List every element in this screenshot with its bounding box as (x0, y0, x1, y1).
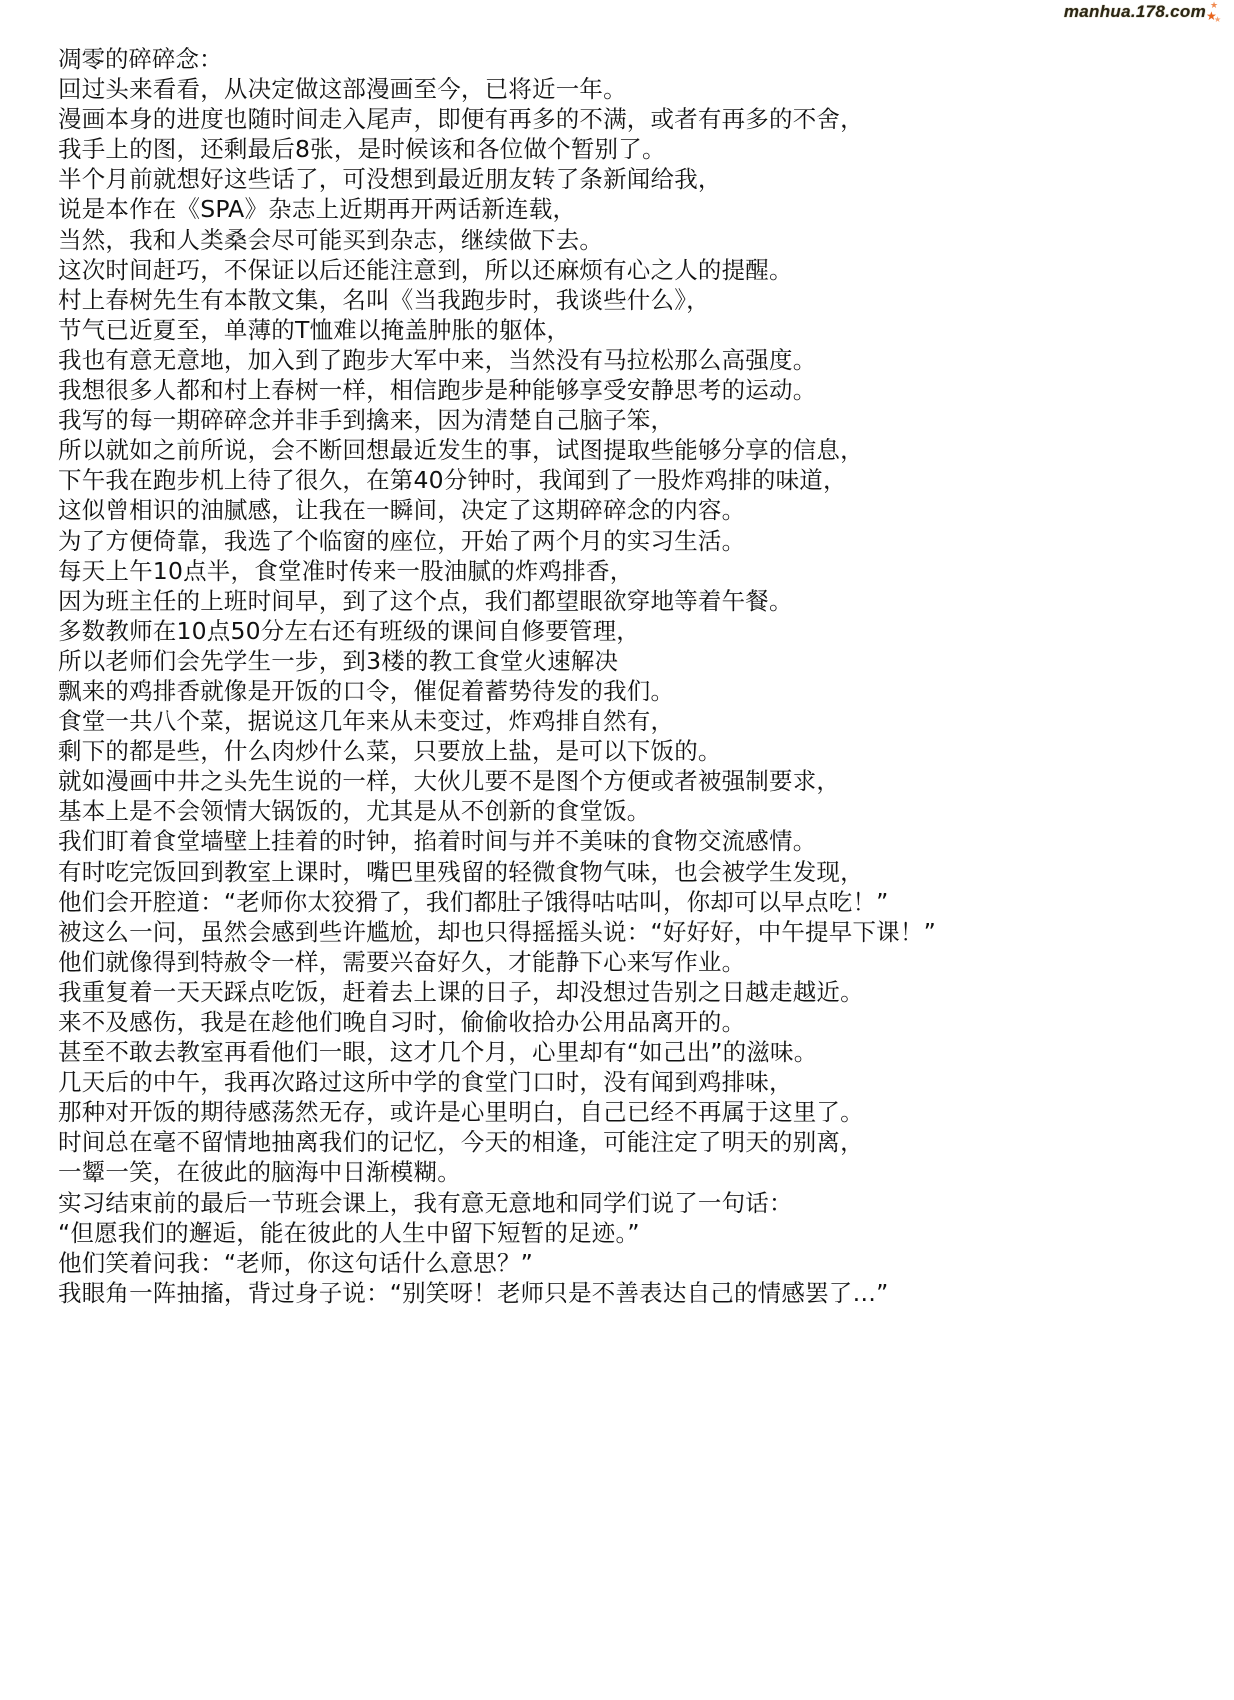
document-body: 凋零的碎碎念： 回过头来看看，从决定做这部漫画至今，已将近一年。 漫画本身的进度… (58, 44, 1204, 1308)
text-line: 他们就像得到特赦令一样，需要兴奋好久，才能静下心来写作业。 (58, 947, 1204, 977)
text-line: 所以就如之前所说，会不断回想最近发生的事，试图提取些能够分享的信息， (58, 435, 1204, 465)
text-line: 半个月前就想好这些话了，可没想到最近朋友转了条新闻给我， (58, 164, 1204, 194)
text-line: 被这么一问，虽然会感到些许尴尬，却也只得摇摇头说：“好好好，中午提早下课！” (58, 917, 1204, 947)
text-line: 实习结束前的最后一节班会课上，我有意无意地和同学们说了一句话： (58, 1188, 1204, 1218)
text-line: 这似曾相识的油腻感，让我在一瞬间，决定了这期碎碎念的内容。 (58, 495, 1204, 525)
text-line: “但愿我们的邂逅，能在彼此的人生中留下短暂的足迹。” (58, 1218, 1204, 1248)
document-title: 凋零的碎碎念： (58, 44, 1204, 74)
text-line: 来不及感伤，我是在趁他们晚自习时，偷偷收拾办公用品离开的。 (58, 1007, 1204, 1037)
text-line: 一颦一笑，在彼此的脑海中日渐模糊。 (58, 1157, 1204, 1187)
text-line: 下午我在跑步机上待了很久，在第40分钟时，我闻到了一股炸鸡排的味道， (58, 465, 1204, 495)
text-line: 为了方便倚靠，我选了个临窗的座位，开始了两个月的实习生活。 (58, 526, 1204, 556)
text-line: 飘来的鸡排香就像是开饭的口令，催促着蓄势待发的我们。 (58, 676, 1204, 706)
text-line: 因为班主任的上班时间早，到了这个点，我们都望眼欲穿地等着午餐。 (58, 586, 1204, 616)
text-line: 我也有意无意地，加入到了跑步大军中来，当然没有马拉松那么高强度。 (58, 345, 1204, 375)
text-line: 村上春树先生有本散文集，名叫《当我跑步时，我谈些什么》， (58, 285, 1204, 315)
text-line: 节气已近夏至，单薄的T恤难以掩盖肿胀的躯体， (58, 315, 1204, 345)
site-watermark: manhua.178.com ★ ★ ★ (1064, 2, 1220, 28)
star-cluster-icon: ★ ★ ★ (1204, 2, 1220, 28)
text-line: 我们盯着食堂墙壁上挂着的时钟，掐着时间与并不美味的食物交流感情。 (58, 826, 1204, 856)
text-line: 基本上是不会领情大锅饭的，尤其是从不创新的食堂饭。 (58, 796, 1204, 826)
text-line: 我重复着一天天踩点吃饭，赶着去上课的日子，却没想过告别之日越走越近。 (58, 977, 1204, 1007)
text-line: 甚至不敢去教室再看他们一眼，这才几个月，心里却有“如己出”的滋味。 (58, 1037, 1204, 1067)
text-line: 这次时间赶巧，不保证以后还能注意到，所以还麻烦有心之人的提醒。 (58, 255, 1204, 285)
text-line: 我手上的图，还剩最后8张，是时候该和各位做个暂别了。 (58, 134, 1204, 164)
text-line: 他们会开腔道：“老师你太狡猾了，我们都肚子饿得咕咕叫，你却可以早点吃！” (58, 887, 1204, 917)
text-line: 我想很多人都和村上春树一样，相信跑步是种能够享受安静思考的运动。 (58, 375, 1204, 405)
text-line: 漫画本身的进度也随时间走入尾声，即便有再多的不满，或者有再多的不舍， (58, 104, 1204, 134)
text-line: 我写的每一期碎碎念并非手到擒来，因为清楚自己脑子笨， (58, 405, 1204, 435)
text-line: 那种对开饭的期待感荡然无存，或许是心里明白，自己已经不再属于这里了。 (58, 1097, 1204, 1127)
star-icon: ★ (1214, 16, 1221, 24)
text-line: 回过头来看看，从决定做这部漫画至今，已将近一年。 (58, 74, 1204, 104)
text-line: 每天上午10点半，食堂准时传来一股油腻的炸鸡排香， (58, 556, 1204, 586)
text-line: 有时吃完饭回到教室上课时，嘴巴里残留的轻微食物气味，也会被学生发现， (58, 857, 1204, 887)
text-line: 食堂一共八个菜，据说这几年来从未变过，炸鸡排自然有， (58, 706, 1204, 736)
text-line: 多数教师在10点50分左右还有班级的课间自修要管理， (58, 616, 1204, 646)
text-line: 他们笑着问我：“老师，你这句话什么意思？” (58, 1248, 1204, 1278)
text-line: 几天后的中午，我再次路过这所中学的食堂门口时，没有闻到鸡排味， (58, 1067, 1204, 1097)
text-line: 所以老师们会先学生一步，到3楼的教工食堂火速解决 (58, 646, 1204, 676)
text-line: 时间总在毫不留情地抽离我们的记忆，今天的相逢，可能注定了明天的别离， (58, 1127, 1204, 1157)
text-line: 剩下的都是些，什么肉炒什么菜，只要放上盐，是可以下饭的。 (58, 736, 1204, 766)
text-line: 我眼角一阵抽搐，背过身子说：“别笑呀！老师只是不善表达自己的情感罢了…” (58, 1278, 1204, 1308)
text-line: 当然，我和人类桑会尽可能买到杂志，继续做下去。 (58, 225, 1204, 255)
watermark-text: manhua.178.com (1064, 2, 1206, 22)
text-line: 说是本作在《SPA》杂志上近期再开两话新连载， (58, 194, 1204, 224)
text-line: 就如漫画中井之头先生说的一样，大伙儿要不是图个方便或者被强制要求， (58, 766, 1204, 796)
